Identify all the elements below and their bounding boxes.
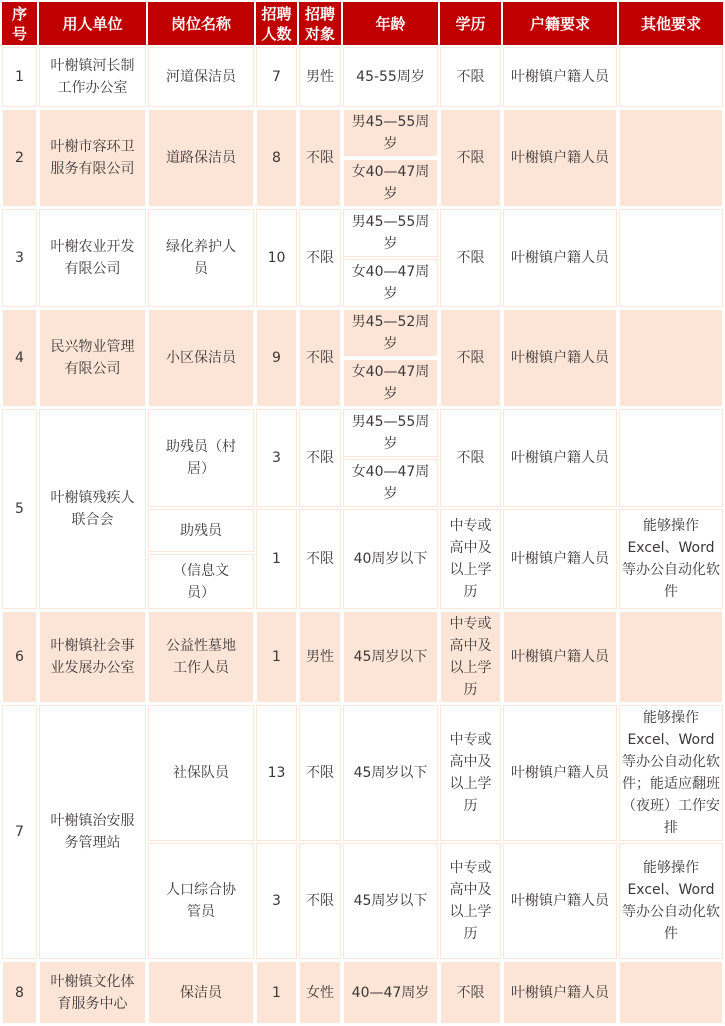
cell-registration: 叶榭镇户籍人员 bbox=[503, 611, 617, 703]
cell-education: 中专或高中及以上学历 bbox=[440, 509, 501, 609]
cell-target: 不限 bbox=[299, 109, 341, 207]
cell-count: 13 bbox=[256, 705, 297, 841]
table-row: 1 叶榭镇河长制工作办公室 河道保洁员 7 男性 45-55周岁 不限 叶榭镇户… bbox=[2, 47, 723, 107]
cell-position: 人口综合协管员 bbox=[148, 843, 254, 959]
cell-position: 社保队员 bbox=[148, 705, 254, 841]
cell-position: 绿化养护人员 bbox=[148, 209, 254, 307]
cell-education: 不限 bbox=[440, 409, 501, 507]
cell-age-male: 男45—52周岁 bbox=[343, 309, 438, 357]
cell-other bbox=[619, 309, 723, 407]
cell-count: 10 bbox=[256, 209, 297, 307]
table-row: 3 叶榭农业开发有限公司 绿化养护人员 10 不限 男45—55周岁 不限 叶榭… bbox=[2, 209, 723, 257]
cell-education: 不限 bbox=[440, 209, 501, 307]
cell-age-female: 女40—47周岁 bbox=[343, 459, 438, 507]
cell-other bbox=[619, 961, 723, 1024]
cell-age: 45周岁以下 bbox=[343, 705, 438, 841]
col-header-position: 岗位名称 bbox=[148, 2, 254, 45]
table-row: 7 叶榭镇治安服务管理站 社保队员 13 不限 45周岁以下 中专或高中及以上学… bbox=[2, 705, 723, 841]
cell-age: 45-55周岁 bbox=[343, 47, 438, 107]
table-row: 4 民兴物业管理有限公司 小区保洁员 9 不限 男45—52周岁 不限 叶榭镇户… bbox=[2, 309, 723, 357]
cell-serial: 8 bbox=[2, 961, 37, 1024]
cell-age-female: 女40—47周岁 bbox=[343, 359, 438, 407]
cell-registration: 叶榭镇户籍人员 bbox=[503, 705, 617, 841]
cell-education: 中专或高中及以上学历 bbox=[440, 843, 501, 959]
cell-serial: 7 bbox=[2, 705, 37, 959]
col-header-serial: 序号 bbox=[2, 2, 37, 45]
cell-employer: 叶榭镇残疾人联合会 bbox=[39, 409, 146, 609]
cell-age-male: 男45—55周岁 bbox=[343, 209, 438, 257]
col-header-registration: 户籍要求 bbox=[503, 2, 617, 45]
cell-registration: 叶榭镇户籍人员 bbox=[503, 309, 617, 407]
cell-age-male: 男45—55周岁 bbox=[343, 109, 438, 157]
cell-count: 1 bbox=[256, 509, 297, 609]
table-row: 2 叶榭市容环卫服务有限公司 道路保洁员 8 不限 男45—55周岁 不限 叶榭… bbox=[2, 109, 723, 157]
cell-other: 能够操作Excel、Word等办公自动化软件；能适应翻班（夜班）工作安排 bbox=[619, 705, 723, 841]
table-row: 6 叶榭镇社会事业发展办公室 公益性墓地工作人员 1 男性 45周岁以下 中专或… bbox=[2, 611, 723, 703]
cell-education: 不限 bbox=[440, 109, 501, 207]
cell-age: 45周岁以下 bbox=[343, 843, 438, 959]
cell-other: 能够操作Excel、Word等办公自动化软件 bbox=[619, 843, 723, 959]
header-row: 序号 用人单位 岗位名称 招聘人数 招聘对象 年龄 学历 户籍要求 其他要求 bbox=[2, 2, 723, 45]
cell-other bbox=[619, 409, 723, 507]
table-row: 5 叶榭镇残疾人联合会 助残员（村居） 3 不限 男45—55周岁 不限 叶榭镇… bbox=[2, 409, 723, 457]
cell-other bbox=[619, 109, 723, 207]
cell-position: 助残员（村居） bbox=[148, 409, 254, 507]
cell-position: 公益性墓地工作人员 bbox=[148, 611, 254, 703]
cell-employer: 叶榭镇河长制工作办公室 bbox=[39, 47, 146, 107]
cell-other bbox=[619, 611, 723, 703]
cell-position: （信息文员） bbox=[148, 554, 254, 609]
cell-target: 女性 bbox=[299, 961, 341, 1024]
cell-serial: 4 bbox=[2, 309, 37, 407]
cell-serial: 6 bbox=[2, 611, 37, 703]
cell-age: 40—47周岁 bbox=[343, 961, 438, 1024]
cell-target: 不限 bbox=[299, 409, 341, 507]
cell-serial: 2 bbox=[2, 109, 37, 207]
col-header-education: 学历 bbox=[440, 2, 501, 45]
cell-registration: 叶榭镇户籍人员 bbox=[503, 843, 617, 959]
cell-serial: 1 bbox=[2, 47, 37, 107]
cell-employer: 民兴物业管理有限公司 bbox=[39, 309, 146, 407]
cell-age: 40周岁以下 bbox=[343, 509, 438, 609]
cell-target: 不限 bbox=[299, 209, 341, 307]
cell-age-female: 女40—47周岁 bbox=[343, 159, 438, 207]
cell-registration: 叶榭镇户籍人员 bbox=[503, 109, 617, 207]
cell-employer: 叶榭镇文化体育服务中心 bbox=[39, 961, 146, 1024]
table-row: 8 叶榭镇文化体育服务中心 保洁员 1 女性 40—47周岁 不限 叶榭镇户籍人… bbox=[2, 961, 723, 1024]
cell-other bbox=[619, 47, 723, 107]
cell-age: 45周岁以下 bbox=[343, 611, 438, 703]
cell-serial: 5 bbox=[2, 409, 37, 609]
cell-position: 小区保洁员 bbox=[148, 309, 254, 407]
cell-registration: 叶榭镇户籍人员 bbox=[503, 47, 617, 107]
cell-target: 不限 bbox=[299, 843, 341, 959]
cell-other bbox=[619, 209, 723, 307]
col-header-count: 招聘人数 bbox=[256, 2, 297, 45]
cell-education: 不限 bbox=[440, 309, 501, 407]
cell-employer: 叶榭镇治安服务管理站 bbox=[39, 705, 146, 959]
cell-education: 不限 bbox=[440, 961, 501, 1024]
cell-target: 不限 bbox=[299, 309, 341, 407]
cell-education: 中专或高中及以上学历 bbox=[440, 705, 501, 841]
cell-count: 3 bbox=[256, 843, 297, 959]
cell-education: 中专或高中及以上学历 bbox=[440, 611, 501, 703]
col-header-other: 其他要求 bbox=[619, 2, 723, 45]
cell-count: 1 bbox=[256, 961, 297, 1024]
cell-registration: 叶榭镇户籍人员 bbox=[503, 961, 617, 1024]
recruitment-table: 序号 用人单位 岗位名称 招聘人数 招聘对象 年龄 学历 户籍要求 其他要求 1… bbox=[0, 0, 725, 1026]
recruitment-table-page: 序号 用人单位 岗位名称 招聘人数 招聘对象 年龄 学历 户籍要求 其他要求 1… bbox=[0, 0, 725, 1026]
col-header-employer: 用人单位 bbox=[39, 2, 146, 45]
cell-registration: 叶榭镇户籍人员 bbox=[503, 209, 617, 307]
cell-position: 保洁员 bbox=[148, 961, 254, 1024]
cell-age-male: 男45—55周岁 bbox=[343, 409, 438, 457]
cell-target: 不限 bbox=[299, 705, 341, 841]
cell-position: 道路保洁员 bbox=[148, 109, 254, 207]
cell-position: 助残员 bbox=[148, 509, 254, 552]
cell-registration: 叶榭镇户籍人员 bbox=[503, 509, 617, 609]
cell-employer: 叶榭市容环卫服务有限公司 bbox=[39, 109, 146, 207]
cell-count: 8 bbox=[256, 109, 297, 207]
cell-serial: 3 bbox=[2, 209, 37, 307]
cell-education: 不限 bbox=[440, 47, 501, 107]
col-header-target: 招聘对象 bbox=[299, 2, 341, 45]
cell-employer: 叶榭农业开发有限公司 bbox=[39, 209, 146, 307]
cell-target: 男性 bbox=[299, 611, 341, 703]
cell-count: 3 bbox=[256, 409, 297, 507]
cell-position: 河道保洁员 bbox=[148, 47, 254, 107]
cell-age-female: 女40—47周岁 bbox=[343, 259, 438, 307]
cell-employer: 叶榭镇社会事业发展办公室 bbox=[39, 611, 146, 703]
cell-registration: 叶榭镇户籍人员 bbox=[503, 409, 617, 507]
cell-count: 9 bbox=[256, 309, 297, 407]
cell-target: 男性 bbox=[299, 47, 341, 107]
col-header-age: 年龄 bbox=[343, 2, 438, 45]
cell-other: 能够操作Excel、Word等办公自动化软件 bbox=[619, 509, 723, 609]
cell-target: 不限 bbox=[299, 509, 341, 609]
cell-count: 7 bbox=[256, 47, 297, 107]
cell-count: 1 bbox=[256, 611, 297, 703]
